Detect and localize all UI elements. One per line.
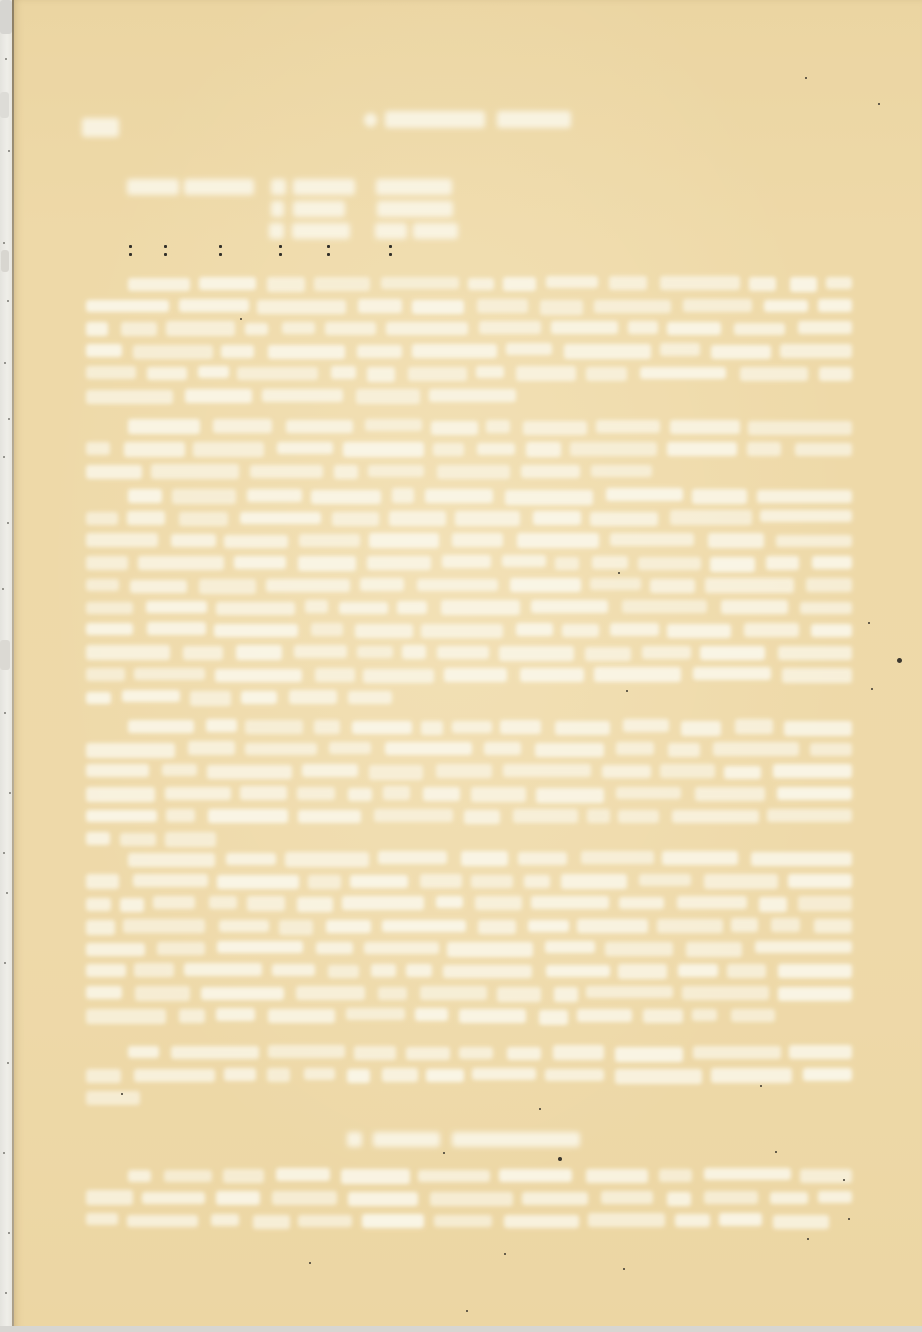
word-blob xyxy=(237,367,318,380)
word-blob xyxy=(477,443,515,455)
word-blob xyxy=(803,1068,852,1081)
word-blob xyxy=(348,1192,418,1206)
dust-speck xyxy=(897,658,902,663)
colon-glyph xyxy=(128,244,133,259)
dust-speck xyxy=(539,1108,541,1110)
word-blob xyxy=(767,809,852,823)
word-blob xyxy=(179,512,228,526)
word-blob xyxy=(681,721,721,736)
dust-speck xyxy=(848,1218,850,1220)
film-speck xyxy=(7,300,9,302)
word-blob xyxy=(675,1214,710,1227)
word-blob xyxy=(272,1191,337,1204)
word-blob xyxy=(615,1069,702,1084)
word-blob xyxy=(782,668,852,683)
word-blob xyxy=(211,1214,239,1226)
section-heading-word-blob xyxy=(347,1132,362,1147)
word-blob xyxy=(350,875,408,887)
word-blob xyxy=(365,419,422,431)
word-blob xyxy=(561,874,627,889)
colon-glyph xyxy=(278,244,283,259)
word-blob xyxy=(810,743,852,756)
word-blob xyxy=(479,321,541,334)
word-blob xyxy=(710,557,755,572)
word-blob xyxy=(268,1045,345,1058)
word-blob xyxy=(120,898,144,912)
word-blob xyxy=(358,299,402,313)
word-blob xyxy=(134,963,174,977)
word-blob xyxy=(700,646,765,660)
word-blob xyxy=(452,533,503,547)
word-blob xyxy=(236,645,282,660)
word-blob xyxy=(332,512,379,527)
film-speck xyxy=(8,418,10,420)
word-blob xyxy=(153,896,195,909)
word-blob xyxy=(594,300,671,312)
word-blob xyxy=(199,579,256,594)
word-blob xyxy=(459,1009,526,1023)
word-blob xyxy=(721,600,788,614)
word-blob xyxy=(127,511,165,525)
word-blob xyxy=(622,600,707,613)
list-row-word-blob xyxy=(184,179,254,195)
film-speck xyxy=(4,712,6,714)
word-blob xyxy=(86,1190,133,1205)
word-blob xyxy=(486,420,510,433)
word-blob xyxy=(378,851,447,864)
word-blob xyxy=(531,896,609,909)
word-blob xyxy=(240,786,287,799)
word-blob xyxy=(402,645,426,659)
word-blob xyxy=(355,624,413,638)
word-blob xyxy=(484,742,521,755)
word-blob xyxy=(86,322,108,336)
word-blob xyxy=(314,720,340,734)
word-blob xyxy=(389,511,446,526)
word-blob xyxy=(704,1168,791,1180)
word-blob xyxy=(660,343,700,355)
word-blob xyxy=(503,277,536,292)
word-blob xyxy=(364,942,439,954)
word-blob xyxy=(472,1068,536,1080)
list-row-word-blob xyxy=(271,179,286,195)
word-blob xyxy=(171,534,216,547)
word-blob xyxy=(423,787,460,801)
word-blob xyxy=(518,852,567,865)
word-blob xyxy=(86,344,122,357)
word-blob xyxy=(314,277,370,291)
word-blob xyxy=(609,276,647,290)
word-blob xyxy=(86,1069,121,1084)
word-blob xyxy=(520,668,584,682)
word-blob xyxy=(771,918,800,932)
word-blob xyxy=(234,556,286,569)
word-blob xyxy=(124,442,185,457)
header-title-word-blob xyxy=(385,111,485,128)
word-blob xyxy=(524,875,550,888)
word-blob xyxy=(619,897,664,909)
word-blob xyxy=(425,489,493,503)
word-blob xyxy=(806,578,852,592)
word-blob xyxy=(348,788,372,801)
word-blob xyxy=(662,851,738,865)
word-blob xyxy=(533,511,581,525)
word-blob xyxy=(577,919,648,933)
word-blob xyxy=(219,920,269,932)
word-blob xyxy=(128,1170,151,1182)
word-blob xyxy=(406,1047,450,1060)
word-blob xyxy=(128,1046,159,1058)
word-blob xyxy=(146,601,207,613)
word-blob xyxy=(241,691,277,704)
dust-speck xyxy=(558,1157,562,1161)
word-blob xyxy=(412,344,497,358)
word-blob xyxy=(420,874,462,887)
word-blob xyxy=(86,920,115,935)
dust-speck xyxy=(868,622,870,624)
word-blob xyxy=(184,963,262,975)
list-row-word-blob xyxy=(293,201,345,217)
word-blob xyxy=(166,321,235,335)
word-blob xyxy=(354,1046,396,1060)
word-blob xyxy=(130,580,187,594)
word-blob xyxy=(667,624,731,638)
word-blob xyxy=(86,832,110,845)
word-blob xyxy=(86,645,170,660)
word-blob xyxy=(528,920,569,932)
word-blob xyxy=(692,1009,717,1022)
word-blob xyxy=(214,624,298,637)
word-blob xyxy=(546,965,610,977)
film-speck xyxy=(3,1152,5,1154)
word-blob xyxy=(516,623,553,636)
word-blob xyxy=(206,719,237,732)
word-blob xyxy=(285,852,369,867)
word-blob xyxy=(86,668,125,680)
word-blob xyxy=(660,276,740,290)
word-blob xyxy=(724,766,761,779)
word-blob xyxy=(142,1192,205,1204)
word-blob xyxy=(383,786,410,800)
word-blob xyxy=(86,579,119,591)
word-blob xyxy=(311,623,343,636)
word-blob xyxy=(660,764,715,778)
word-blob xyxy=(147,622,206,635)
scanner-bottom-edge xyxy=(0,1326,922,1332)
word-blob xyxy=(678,964,718,978)
word-blob xyxy=(780,344,852,358)
word-blob xyxy=(778,646,852,660)
word-blob xyxy=(452,721,492,734)
word-blob xyxy=(478,920,516,934)
word-blob xyxy=(441,600,520,615)
word-blob xyxy=(708,533,764,548)
word-blob xyxy=(784,721,852,736)
word-blob xyxy=(166,809,195,821)
word-blob xyxy=(279,920,313,935)
word-blob xyxy=(223,1169,264,1183)
word-blob xyxy=(86,602,133,614)
word-blob xyxy=(526,442,561,457)
word-blob xyxy=(86,787,155,801)
word-blob xyxy=(86,1009,166,1024)
word-blob xyxy=(586,367,627,381)
word-blob xyxy=(670,510,752,524)
word-blob xyxy=(695,787,765,800)
word-blob xyxy=(610,623,659,636)
word-blob xyxy=(224,1068,256,1081)
word-blob xyxy=(777,787,852,800)
word-blob xyxy=(444,668,507,682)
word-blob xyxy=(199,277,256,290)
word-blob xyxy=(216,1008,255,1021)
word-blob xyxy=(308,875,341,889)
word-blob xyxy=(471,875,513,887)
word-blob xyxy=(86,1091,140,1105)
word-blob xyxy=(385,742,472,755)
word-blob xyxy=(179,1009,205,1023)
word-blob xyxy=(686,942,742,956)
word-blob xyxy=(86,692,111,705)
film-speck xyxy=(8,1232,10,1234)
word-blob xyxy=(86,810,157,822)
word-blob xyxy=(367,367,395,382)
list-row-word-blob xyxy=(377,201,453,217)
word-blob xyxy=(86,465,142,479)
word-blob xyxy=(545,1069,604,1081)
film-speck xyxy=(2,588,4,590)
film-speck xyxy=(3,242,5,244)
word-blob xyxy=(127,1215,198,1227)
word-blob xyxy=(437,646,489,659)
word-blob xyxy=(477,299,528,313)
word-blob xyxy=(147,367,187,381)
word-blob xyxy=(294,645,347,658)
word-blob xyxy=(247,896,285,911)
word-blob xyxy=(562,624,599,638)
word-blob xyxy=(818,299,852,312)
word-blob xyxy=(128,720,194,733)
dust-speck xyxy=(807,1238,809,1240)
dust-speck xyxy=(878,103,880,105)
word-blob xyxy=(367,556,431,569)
word-blob xyxy=(362,1214,424,1228)
word-blob xyxy=(198,366,229,378)
dust-speck xyxy=(443,1152,445,1154)
word-blob xyxy=(499,1169,572,1183)
word-blob xyxy=(128,489,162,502)
word-blob xyxy=(268,345,345,359)
word-blob xyxy=(415,1008,448,1021)
word-blob xyxy=(86,623,133,635)
word-blob xyxy=(504,1215,579,1229)
word-blob xyxy=(749,277,776,291)
word-blob xyxy=(304,1068,335,1081)
word-blob xyxy=(86,943,145,957)
word-blob xyxy=(795,443,852,455)
word-blob xyxy=(790,277,817,292)
dust-speck xyxy=(121,1093,123,1095)
word-blob xyxy=(245,323,268,336)
list-row-word-blob xyxy=(271,201,284,217)
word-blob xyxy=(592,556,628,569)
dust-speck xyxy=(805,77,807,79)
word-blob xyxy=(86,1213,118,1225)
word-blob xyxy=(751,852,852,865)
word-blob xyxy=(247,489,302,502)
word-blob xyxy=(357,345,402,358)
word-blob xyxy=(605,942,673,956)
word-blob xyxy=(523,421,587,436)
dust-speck xyxy=(871,688,873,690)
word-blob xyxy=(731,1009,775,1022)
dust-speck xyxy=(760,1085,762,1087)
word-blob xyxy=(272,964,315,976)
word-blob xyxy=(221,345,254,359)
word-blob xyxy=(667,322,721,335)
word-blob xyxy=(356,389,420,404)
word-blob xyxy=(417,579,498,592)
word-blob xyxy=(770,1192,808,1204)
word-blob xyxy=(134,668,205,681)
word-blob xyxy=(826,277,852,289)
word-blob xyxy=(734,323,785,335)
word-blob xyxy=(800,602,852,614)
word-blob xyxy=(406,964,432,977)
word-blob xyxy=(638,557,701,570)
word-blob xyxy=(778,964,852,978)
word-blob xyxy=(506,343,552,355)
word-blob xyxy=(818,1191,852,1203)
word-blob xyxy=(328,965,359,979)
word-blob xyxy=(610,533,694,546)
word-blob xyxy=(510,578,581,592)
word-blob xyxy=(764,300,808,313)
word-blob xyxy=(581,851,654,864)
film-speck xyxy=(4,962,6,964)
word-blob xyxy=(596,420,660,433)
header-ornament-blob xyxy=(364,113,377,127)
word-blob xyxy=(459,1047,493,1060)
word-blob xyxy=(135,986,190,1001)
word-blob xyxy=(418,1170,490,1182)
word-blob xyxy=(298,1215,352,1227)
word-blob xyxy=(343,442,424,456)
word-blob xyxy=(165,787,231,801)
word-blob xyxy=(363,669,434,683)
word-blob xyxy=(760,510,852,522)
word-blob xyxy=(748,421,852,435)
word-blob xyxy=(659,1169,692,1182)
word-blob xyxy=(545,941,595,953)
word-blob xyxy=(311,490,381,504)
word-blob xyxy=(408,367,467,381)
word-blob xyxy=(499,646,574,661)
word-blob xyxy=(339,602,388,614)
scanned-document-page xyxy=(0,0,922,1332)
word-blob xyxy=(429,389,516,402)
list-row-word-blob xyxy=(292,223,350,239)
word-blob xyxy=(217,941,303,954)
page-number-blob xyxy=(82,118,119,137)
word-blob xyxy=(602,765,651,778)
word-blob xyxy=(464,810,500,824)
dust-speck xyxy=(466,1310,468,1312)
word-blob xyxy=(297,897,333,912)
word-blob xyxy=(162,764,197,776)
word-blob xyxy=(86,986,122,999)
word-blob xyxy=(757,490,852,503)
word-blob xyxy=(433,443,464,457)
dust-speck xyxy=(618,572,620,574)
word-blob xyxy=(164,1170,212,1183)
word-blob xyxy=(213,419,272,432)
word-blob xyxy=(86,556,128,570)
dust-speck xyxy=(309,1262,311,1264)
word-blob xyxy=(289,690,337,704)
word-blob xyxy=(138,556,224,570)
word-blob xyxy=(436,764,492,778)
word-blob xyxy=(590,578,641,590)
word-blob xyxy=(326,920,371,933)
word-blob xyxy=(374,809,453,822)
word-blob xyxy=(346,1008,405,1020)
word-blob xyxy=(555,721,610,736)
word-blob xyxy=(747,442,781,456)
dust-speck xyxy=(623,1268,625,1270)
word-blob xyxy=(713,742,799,756)
word-blob xyxy=(298,556,356,571)
word-blob xyxy=(531,600,608,613)
word-blob xyxy=(86,442,110,455)
word-blob xyxy=(814,919,852,933)
film-speck xyxy=(5,58,7,60)
word-blob xyxy=(442,555,491,568)
word-blob xyxy=(546,276,598,288)
word-blob xyxy=(193,442,264,456)
word-blob xyxy=(122,690,180,703)
word-blob xyxy=(128,853,215,867)
word-blob xyxy=(157,942,205,956)
film-speck xyxy=(9,792,11,794)
word-blob xyxy=(642,646,691,659)
word-blob xyxy=(276,1168,330,1181)
word-blob xyxy=(616,787,681,800)
film-speck xyxy=(8,150,10,152)
word-blob xyxy=(639,874,691,886)
word-blob xyxy=(812,556,852,569)
word-blob xyxy=(475,896,522,910)
word-blob xyxy=(471,787,526,801)
word-blob xyxy=(623,719,669,732)
word-blob xyxy=(86,764,149,777)
word-blob xyxy=(554,987,578,1002)
word-blob xyxy=(670,420,740,434)
word-blob xyxy=(711,1068,792,1082)
word-blob xyxy=(86,366,136,379)
word-blob xyxy=(329,742,371,754)
word-blob xyxy=(500,720,541,734)
film-smudge xyxy=(0,0,12,34)
word-blob xyxy=(172,489,236,504)
word-blob xyxy=(667,1192,691,1206)
word-blob xyxy=(591,465,652,477)
word-blob xyxy=(577,1009,632,1022)
word-blob xyxy=(800,1169,852,1183)
word-blob xyxy=(277,442,333,454)
word-blob xyxy=(334,465,358,480)
word-blob xyxy=(455,511,520,525)
